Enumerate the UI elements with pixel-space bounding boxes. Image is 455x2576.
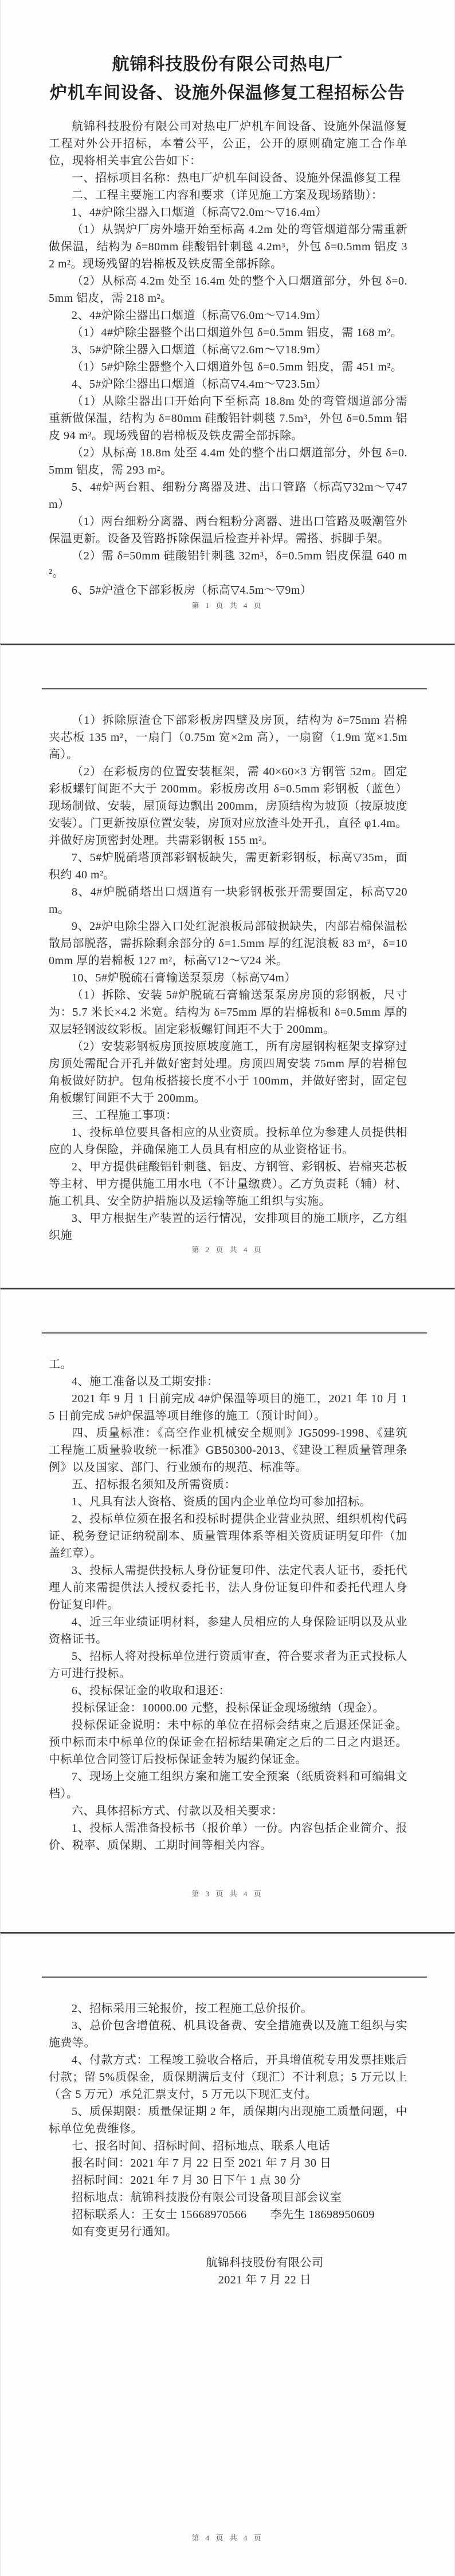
paragraph: 8、4#炉脱硝塔出口烟道有一块彩钢板张开需要固定，标高▽20m。 [49, 883, 407, 918]
page-footer: 第 1 页 共 4 页 [1, 599, 454, 610]
paragraph: 7、5#炉脱硝塔顶部彩钢板缺失，需更新彩钢板，标高▽35m，面积约 40 m²。 [49, 849, 407, 883]
paragraph: 五、招标报名须知及所需资质： [49, 1476, 407, 1493]
paragraph: 投标保证金：10000.00 元整，投标保证金现场缴纳（现金）。 [49, 1699, 407, 1717]
paragraph: 2021 年 9 月 1 日前完成 4#炉保温等项目的施工，2021 年 10 … [49, 1390, 407, 1425]
page-footer: 第 2 页 共 4 页 [1, 1244, 454, 1255]
page-content: 工。4、施工准备以及工期安排：2021 年 9 月 1 日前完成 4#炉保温等项… [1, 1289, 454, 1854]
scan-edge-line [42, 1977, 427, 1978]
paragraph: 6、5#炉渣仓下部彩板房（标高▽4.5m～▽9m） [49, 582, 407, 599]
paragraph: （2）安装彩钢板房顶按原坡度施工，所有房屋钢构框架支撑穿过房顶处需配合开孔并做好… [49, 1038, 407, 1107]
paragraph: 3、总价包含增值税、机具设备费、安全措施费以及施工组织与实施费等。 [49, 2017, 407, 2052]
paragraph: （2）在彩板房的位置安装框架，需 40×60×3 方钢管 52m。固定彩板螺钉间… [49, 763, 407, 849]
paragraph: 四、质量标准：《高空作业机械安全规则》JG5099-1998、《建筑工程施工质量… [49, 1425, 407, 1476]
paragraph: 9、2#炉电除尘器入口处红泥浪板局部破损缺失，内部岩棉保温松散局部脱落，需拆除剩… [49, 918, 407, 969]
paragraph: 1、投标人需准备投标书（报价单）一份。内容包括企业简介、报价、税率、质保期、工期… [49, 1820, 407, 1854]
paragraph: （2）需 δ=50mm 硅酸铝针刺毯 32m³，δ=0.5mm 铝皮保温 640… [49, 547, 407, 582]
paragraph: 4、5#炉除尘器出口烟道（标高▽4.4m～▽23.5m） [49, 376, 407, 393]
document: 航锦科技股份有限公司热电厂炉机车间设备、设施外保温修复工程招标公告航锦科技股份有… [0, 0, 455, 2576]
paragraph: 三、工程施工事项： [49, 1107, 407, 1124]
paragraph: 5、招标人将对投标单位进行资质审查，符合要求者为正式投标人方可进行投标。 [49, 1648, 407, 1682]
paragraph: 招标地点：航锦科技股份有限公司设备项目部会议室 [49, 2189, 407, 2206]
paragraph: 7、现场上交施工组织方案和施工安全预案（纸质资料和可编辑文档）。 [49, 1768, 407, 1802]
paragraph: 5、质保期限：质量保证期 2 年，质保期内出现施工质量问题，中标单位免费维修。 [49, 2103, 407, 2137]
paragraph: 1、凡具有法人资格、资质的国内企业单位均可参加招标。 [49, 1493, 407, 1510]
paragraph: 3、投标人需提供投标人身份证复印件、法定代表人证书，委托代理人前来需提供法人授权… [49, 1562, 407, 1614]
paragraph: 2021 年 7 月 22 日 [49, 2271, 407, 2289]
paragraph: 5、4#炉两台粗、细粉分离器及进、出口管路（标高▽32m～▽47m） [49, 479, 407, 513]
paragraph: 2、招标采用三轮报价，按工程施工总价报价。 [49, 2000, 407, 2017]
page-title: 航锦科技股份有限公司热电厂 [1, 50, 454, 79]
page: （1）拆除原渣仓下部彩板房四壁及房顶，结构为 δ=75mm 岩棉夹芯板 135 … [0, 644, 455, 1288]
paragraph: 4、施工准备以及工期安排： [49, 1373, 407, 1390]
paragraph: （1）两台细粉分离器、两台粗粉分离器、进出口管路及吸潮管外保温更新。设备及管路拆… [49, 513, 407, 547]
paragraph: 六、具体招标方式、付款以及相关要求： [49, 1802, 407, 1820]
paragraph: （1）从锅炉厂房外墙开始至标高 4.2m 处的弯管烟道部分需重新做保温，结构为 … [49, 221, 407, 273]
paragraph: 3、5#炉除尘器入口烟道（标高▽2.6m～▽18.9m） [49, 341, 407, 358]
page: 航锦科技股份有限公司热电厂炉机车间设备、设施外保温修复工程招标公告航锦科技股份有… [0, 0, 455, 644]
page-footer: 第 4 页 共 4 页 [1, 2532, 454, 2543]
paragraph: （1）从除尘器出口开始向下至标高 18.8m 处的弯管烟道部分需重新做保温，结构… [49, 393, 407, 444]
paragraph: 招标时间：2021 年 7 月 30 日下午 1 点 30 分 [49, 2172, 407, 2189]
paragraph: 如有变更另行通知。 [49, 2223, 407, 2240]
paragraph: （1）拆除、安装 5#炉脱硫石膏输送泵泵房房顶的彩钢板，尺寸为：5.7 米长×4… [49, 987, 407, 1038]
paragraph: 4、近三年业绩证明材料，参建人员相应的人身保险证明以及从业资格证书。 [49, 1614, 407, 1648]
paragraph: 1、投标单位要具备相应的从业资质。投标单位为参建人员提供相应的人身保险，并确保施… [49, 1124, 407, 1158]
paragraph: 4、付款方式：工程竣工验收合格后，开具增值税专用发票挂账后付款；留 5%质保金，… [49, 2052, 407, 2103]
page-content: 2、招标采用三轮报价，按工程施工总价报价。3、总价包含增值税、机具设备费、安全措… [1, 1934, 454, 2289]
paragraph: 2、投标单位须在报名和投标时提供企业营业执照、组织机构代码证、税务登记证纳税副本… [49, 1510, 407, 1562]
page-content: 航锦科技股份有限公司对热电厂炉机车间设备、设施外保温修复工程对外公开招标，本着公… [1, 118, 454, 599]
paragraph: 2、4#炉除尘器出口烟道（标高▽6.0m～▽14.9m） [49, 307, 407, 324]
paragraph: 七、报名时间、招标时间、招标地点、联系人电话 [49, 2137, 407, 2155]
page-title: 炉机车间设备、设施外保温修复工程招标公告 [1, 79, 454, 108]
paragraph: （2）从标高 18.8m 处至 4.4m 处的整个出口烟道部分，外包 δ=0.5… [49, 444, 407, 479]
page-content: （1）拆除原渣仓下部彩板房四壁及房顶，结构为 δ=75mm 岩棉夹芯板 135 … [1, 645, 454, 1244]
page-footer: 第 3 页 共 4 页 [1, 1888, 454, 1899]
paragraph: 招标联系人：王女士 15668970566 李先生 18698950609 [49, 2206, 407, 2223]
paragraph: 3、甲方根据生产装置的运行情况，安排项目的施工顺序，乙方组织施 [49, 1210, 407, 1244]
paragraph: （1）4#炉除尘器整个出口烟道外包 δ=0.5mm 铝皮，需 168 m²。 [49, 324, 407, 341]
paragraph: 航锦科技股份有限公司 [49, 2254, 407, 2271]
paragraph: 1、4#炉除尘器入口烟道（标高▽2.0m～▽16.4m） [49, 204, 407, 221]
scan-edge-line [42, 688, 427, 689]
paragraph: 投标保证金说明：未中标的单位在招标会结束之后退还保证金。预中标而未中标单位的保证… [49, 1717, 407, 1768]
paragraph: 报名时间：2021 年 7 月 22 日至 2021 年 7 月 30 日 [49, 2155, 407, 2172]
paragraph: 2、甲方提供硅酸铝针刺毯、铝皮、方钢管、彩钢板、岩棉夹芯板等主材、甲方提供施工用… [49, 1158, 407, 1210]
paragraph: 二、工程主要施工内容和要求（详见施工方案及现场踏勘）： [49, 187, 407, 204]
paragraph: （1）拆除原渣仓下部彩板房四壁及房顶，结构为 δ=75mm 岩棉夹芯板 135 … [49, 712, 407, 763]
paragraph: 工。 [49, 1356, 407, 1373]
paragraph: 6、投标保证金的收取和退还： [49, 1682, 407, 1699]
paragraph: 一、招标项目名称：热电厂炉机车间设备、设施外保温修复工程 [49, 169, 407, 187]
paragraph: 航锦科技股份有限公司对热电厂炉机车间设备、设施外保温修复工程对外公开招标，本着公… [49, 118, 407, 169]
page: 2、招标采用三轮报价，按工程施工总价报价。3、总价包含增值税、机具设备费、安全措… [0, 1932, 455, 2576]
paragraph: （1）5#炉除尘器整个入口烟道外包 δ=0.5mm 铝皮，需 451 m²。 [49, 358, 407, 376]
scan-edge-line [42, 1332, 427, 1334]
paragraph: （2）从标高 4.2m 处至 16.4m 处的整个入口烟道部分，外包 δ=0.5… [49, 273, 407, 307]
page: 工。4、施工准备以及工期安排：2021 年 9 月 1 日前完成 4#炉保温等项… [0, 1288, 455, 1932]
paragraph: 10、5#炉脱硫石膏输送泵泵房（标高▽4m） [49, 969, 407, 987]
document-title: 航锦科技股份有限公司热电厂炉机车间设备、设施外保温修复工程招标公告 [1, 0, 454, 108]
